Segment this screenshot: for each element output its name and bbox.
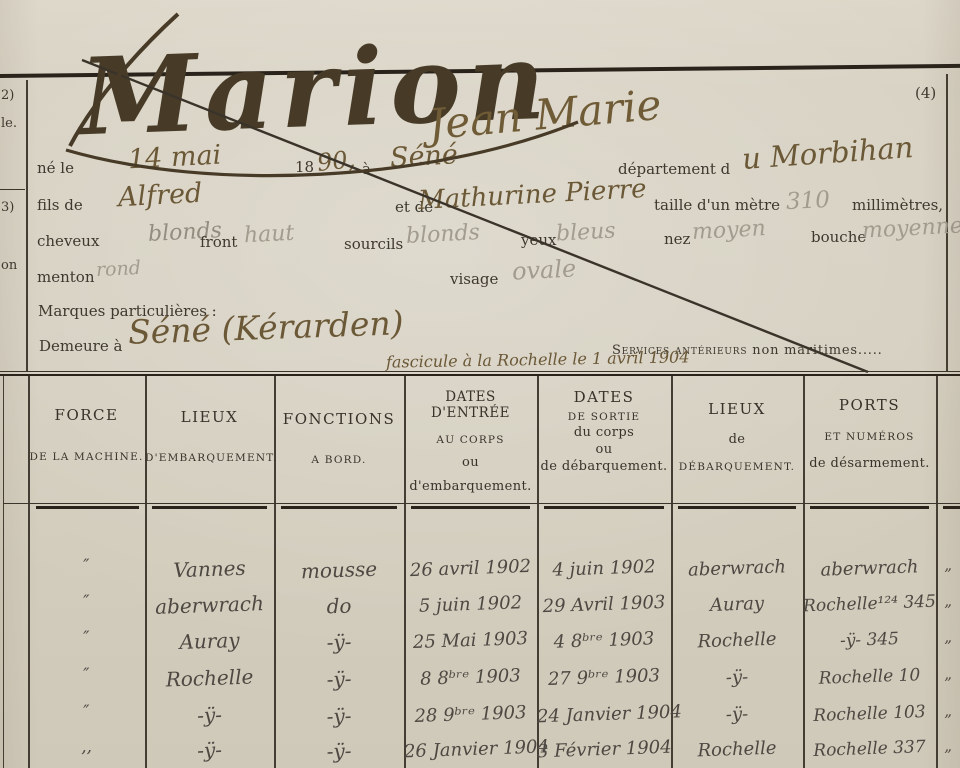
- cell-date-sortie: 27 9ᵇʳᵉ 1903: [537, 665, 672, 691]
- mother-name: Mathurine Pierre: [417, 174, 647, 216]
- cell-date-sortie: 24 Janvier 1904: [537, 702, 672, 728]
- cell-lieu-debarquement: -ÿ-: [671, 702, 804, 728]
- height-value: 310: [785, 187, 830, 215]
- yeux-value: bleus: [555, 218, 616, 246]
- birth-year: 90,: [316, 145, 357, 177]
- nez-value: moyen: [691, 216, 766, 245]
- column-header-line: de débarquement.: [537, 459, 671, 474]
- label-visage: visage: [450, 270, 498, 288]
- cell-date-entree: 28 9ᵇʳᵉ 1903: [404, 702, 538, 728]
- column-header-lieux-embarquement: LIEUX D'EMBARQUEMENT.: [145, 408, 274, 464]
- label-year-prefix: 18: [295, 158, 314, 176]
- column-header-line: LIEUX: [145, 408, 274, 426]
- cell-force: ″: [28, 554, 146, 578]
- birth-place: Séné: [389, 139, 458, 174]
- cell-fonction: do: [274, 592, 405, 621]
- column-header-line: du corps: [537, 425, 671, 440]
- departement-value: u Morbihan: [741, 130, 914, 176]
- column-header-line: DE SORTIE: [537, 411, 671, 423]
- table-rule-v0: [3, 376, 4, 768]
- cell-date-sortie: 3 Février 1904: [537, 737, 672, 763]
- cell-lieu-debarquement: Rochelle: [671, 628, 804, 654]
- column-header-line: ou: [537, 442, 671, 457]
- label-sourcils: sourcils: [344, 235, 403, 253]
- label-yeux: yeux: [521, 231, 556, 249]
- visage-value: ovale: [511, 254, 577, 285]
- menton-value: rond: [95, 257, 141, 281]
- header-separator-bar: [152, 506, 267, 509]
- label-cheveux: cheveux: [37, 232, 99, 250]
- cell-lieu-debarquement: aberwrach: [671, 556, 804, 582]
- header-separator-bar: [943, 506, 960, 509]
- bouche-value: moyenne: [861, 213, 960, 243]
- cell-fonction: -ÿ-: [274, 628, 405, 657]
- info-left-rule: [26, 80, 28, 372]
- cell-fonction: -ÿ-: [274, 737, 405, 766]
- column-header-line: PORTS: [803, 396, 936, 414]
- cell-marge: „: [936, 737, 960, 756]
- header-separator-bar: [810, 506, 929, 509]
- label-demeure: Demeure à: [39, 337, 122, 355]
- header-separator-bar: [281, 506, 397, 509]
- column-header-line: de désarmement.: [803, 456, 936, 471]
- sheet-number: (4): [915, 84, 936, 102]
- info-bottom-rule-2: [0, 374, 960, 376]
- cell-marge: „: [936, 628, 960, 647]
- label-taille: taille d'un mètre: [654, 196, 780, 214]
- cell-force: ,,: [28, 735, 146, 759]
- column-header-lieux-debarquement: LIEUX de DÉBARQUEMENT.: [671, 400, 803, 473]
- cell-lieu-embarquement: Auray: [145, 627, 275, 655]
- fascicule-note: fascicule à la Rochelle le 1 avril 1904: [386, 347, 690, 371]
- cell-date-entree: 25 Mai 1903: [404, 628, 538, 654]
- label-services-rest: non maritimes.....: [752, 343, 882, 358]
- cell-lieu-embarquement: -ÿ-: [145, 701, 275, 729]
- matricule-sheet: (4) 2) le. 3) on Marion Jean Marie né le…: [0, 0, 960, 768]
- cell-fonction: -ÿ-: [274, 702, 405, 731]
- cell-lieu-embarquement: -ÿ-: [145, 736, 275, 764]
- column-header-line: FONCTIONS: [274, 410, 404, 428]
- column-header-line: DE LA MACHINE.: [28, 451, 145, 463]
- column-header-line: AU CORPS: [404, 434, 537, 446]
- cell-fonction: -ÿ-: [274, 665, 405, 694]
- cell-marge: „: [936, 592, 960, 611]
- cell-marge: „: [936, 665, 960, 684]
- margin-fragment: le.: [1, 116, 17, 131]
- label-front: front: [200, 233, 237, 251]
- margin-fragment: on: [1, 258, 17, 273]
- header-separator-bar: [411, 506, 530, 509]
- cell-port-numero: Rochelle 103: [803, 702, 937, 727]
- cell-date-sortie: 29 Avril 1903: [537, 592, 672, 618]
- cell-date-sortie: 4 8ᵇʳᵉ 1903: [537, 628, 672, 654]
- cell-lieu-embarquement: Vannes: [145, 555, 275, 583]
- cell-date-sortie: 4 juin 1902: [537, 556, 672, 582]
- column-header-line: DÉBARQUEMENT.: [671, 461, 803, 473]
- cell-port-numero: aberwrach: [803, 556, 937, 582]
- cell-date-entree: 26 Janvier 1904: [404, 737, 538, 763]
- birth-day-month: 14 mai: [127, 140, 222, 176]
- cell-force: ″: [28, 663, 146, 687]
- label-bouche: bouche: [811, 228, 866, 246]
- cell-date-entree: 5 juin 1902: [404, 592, 538, 618]
- cell-marge: „: [936, 556, 960, 575]
- label-fils-de: fils de: [37, 196, 83, 214]
- header-separator-thin: [3, 503, 960, 504]
- info-bottom-rule-1: [0, 371, 960, 372]
- label-nez: nez: [664, 230, 690, 248]
- header-separator-bar: [544, 506, 664, 509]
- column-header-line: de: [671, 432, 803, 447]
- cell-force: ″: [28, 590, 146, 614]
- cell-force: ″: [28, 626, 146, 650]
- cell-date-entree: 8 8ᵇʳᵉ 1903: [404, 665, 538, 691]
- column-header-line: D'EMBARQUEMENT.: [145, 452, 274, 464]
- column-header-fonctions: FONCTIONS A BORD.: [274, 410, 404, 466]
- label-ne-le: né le: [37, 159, 74, 177]
- cell-lieu-embarquement: aberwrach: [145, 591, 275, 619]
- header-separator-bar: [678, 506, 796, 509]
- cell-fonction: mousse: [274, 556, 405, 585]
- column-header-line: LIEUX: [671, 400, 803, 418]
- cell-force: ″: [28, 700, 146, 724]
- cell-port-numero: Rochelle¹²⁴ 345: [803, 592, 937, 617]
- cell-lieu-embarquement: Rochelle: [145, 664, 275, 692]
- column-header-line: ou: [404, 455, 537, 470]
- column-header-line: FORCE: [28, 406, 145, 424]
- margin-fragment: 2): [1, 88, 14, 103]
- cell-lieu-debarquement: Rochelle: [671, 737, 804, 763]
- margin-tick-rule: [0, 189, 25, 190]
- cell-date-entree: 26 avril 1902: [404, 556, 538, 582]
- column-header-line: A BORD.: [274, 454, 404, 466]
- cell-port-numero: -ÿ- 345: [803, 628, 937, 653]
- cell-port-numero: Rochelle 337: [803, 737, 937, 762]
- cell-port-numero: Rochelle 10: [803, 665, 937, 690]
- front-value: haut: [243, 221, 295, 249]
- column-header-line: d'embarquement.: [404, 479, 537, 494]
- column-header-dates-entree: DATES D'ENTRÉE AU CORPS ou d'embarquemen…: [404, 389, 537, 494]
- sourcils-value: blonds: [405, 220, 480, 249]
- cell-lieu-debarquement: Auray: [671, 592, 804, 618]
- header-separator-bar: [36, 506, 139, 509]
- cell-marge: „: [936, 702, 960, 721]
- margin-fragment: 3): [1, 200, 14, 215]
- father-name: Alfred: [117, 178, 203, 213]
- column-header-ports: PORTS ET NUMÉROS de désarmement.: [803, 396, 936, 471]
- cell-lieu-debarquement: -ÿ-: [671, 665, 804, 691]
- residence-value: Séné (Kérarden): [127, 303, 404, 352]
- label-millimetres: millimètres,: [852, 196, 943, 214]
- label-menton: menton: [37, 268, 94, 286]
- label-a: à: [362, 160, 371, 178]
- column-header-line: ET NUMÉROS: [803, 431, 936, 443]
- column-header-line: DATES D'ENTRÉE: [404, 389, 537, 421]
- column-header-line: DATES: [537, 388, 671, 406]
- column-header-force: FORCE DE LA MACHINE.: [28, 406, 145, 463]
- column-header-dates-sortie: DATES DE SORTIE du corps ou de débarquem…: [537, 388, 671, 474]
